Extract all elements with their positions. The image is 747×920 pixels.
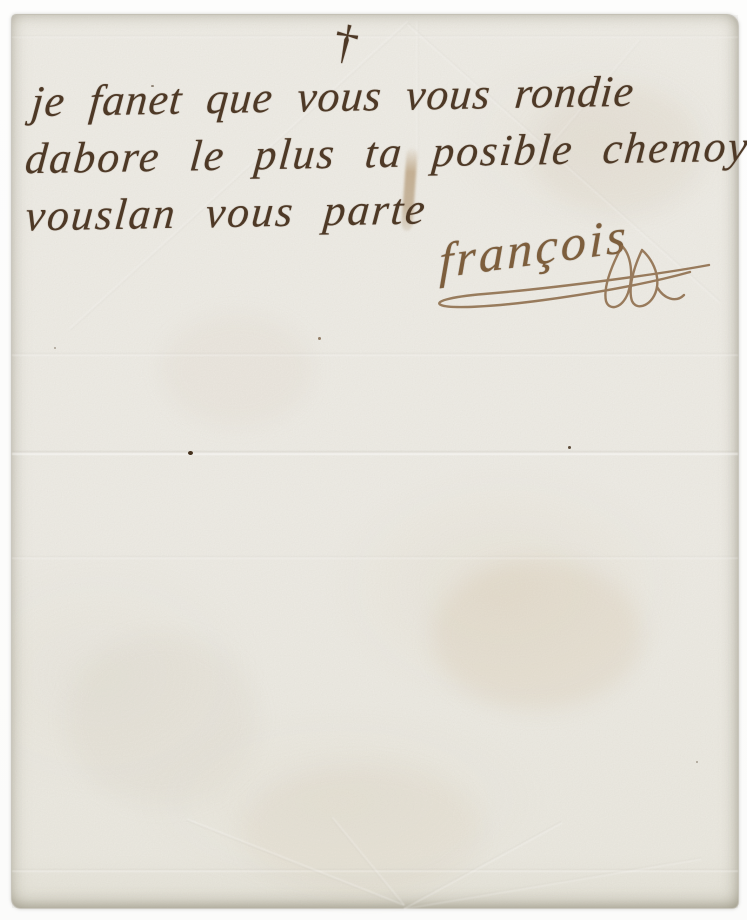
- fold-crease-diagonal: [403, 857, 701, 910]
- fold-crease-diagonal: [529, 39, 641, 171]
- fold-crease-diagonal: [403, 821, 562, 910]
- fold-crease-diagonal: [331, 817, 406, 907]
- ink-smudge: [401, 147, 418, 232]
- letter-line-2: dabore le plus ta posible chemoy: [23, 125, 747, 182]
- ink-speck: [568, 446, 571, 449]
- foxing-stain: [532, 85, 702, 215]
- foxing-stain: [432, 560, 642, 710]
- ink-speck: [54, 347, 56, 349]
- letter-line-1: je fanet que vous vous rondie: [30, 70, 637, 124]
- foxing-stain: [67, 635, 257, 805]
- fold-crease-diagonal: [186, 818, 404, 907]
- fold-crease-horizontal: [12, 869, 738, 872]
- ink-speck: [696, 761, 698, 763]
- letter-paper: † je fanet que vous vous rondie dabore l…: [11, 14, 739, 909]
- ink-speck: [318, 337, 321, 340]
- fold-crease-horizontal: [12, 451, 738, 455]
- scanned-letter-image: † je fanet que vous vous rondie dabore l…: [0, 0, 747, 920]
- fold-crease-horizontal: [12, 556, 738, 559]
- foxing-stain: [242, 765, 482, 895]
- ink-speck: [151, 85, 154, 87]
- letter-line-3: vouslan vous parte: [24, 188, 429, 239]
- signature: françois: [439, 206, 629, 290]
- cross-mark-icon: †: [329, 13, 364, 72]
- fold-crease-horizontal: [12, 353, 738, 356]
- fold-crease-diagonal: [69, 21, 409, 331]
- ink-speck: [188, 451, 193, 455]
- fold-crease-vertical: [416, 21, 419, 161]
- fold-crease-horizontal: [12, 35, 738, 38]
- paper-grain-texture: [12, 15, 738, 908]
- foxing-stain: [162, 315, 312, 425]
- signature-paraph-flourish: [426, 243, 716, 315]
- fold-crease-diagonal: [407, 23, 721, 303]
